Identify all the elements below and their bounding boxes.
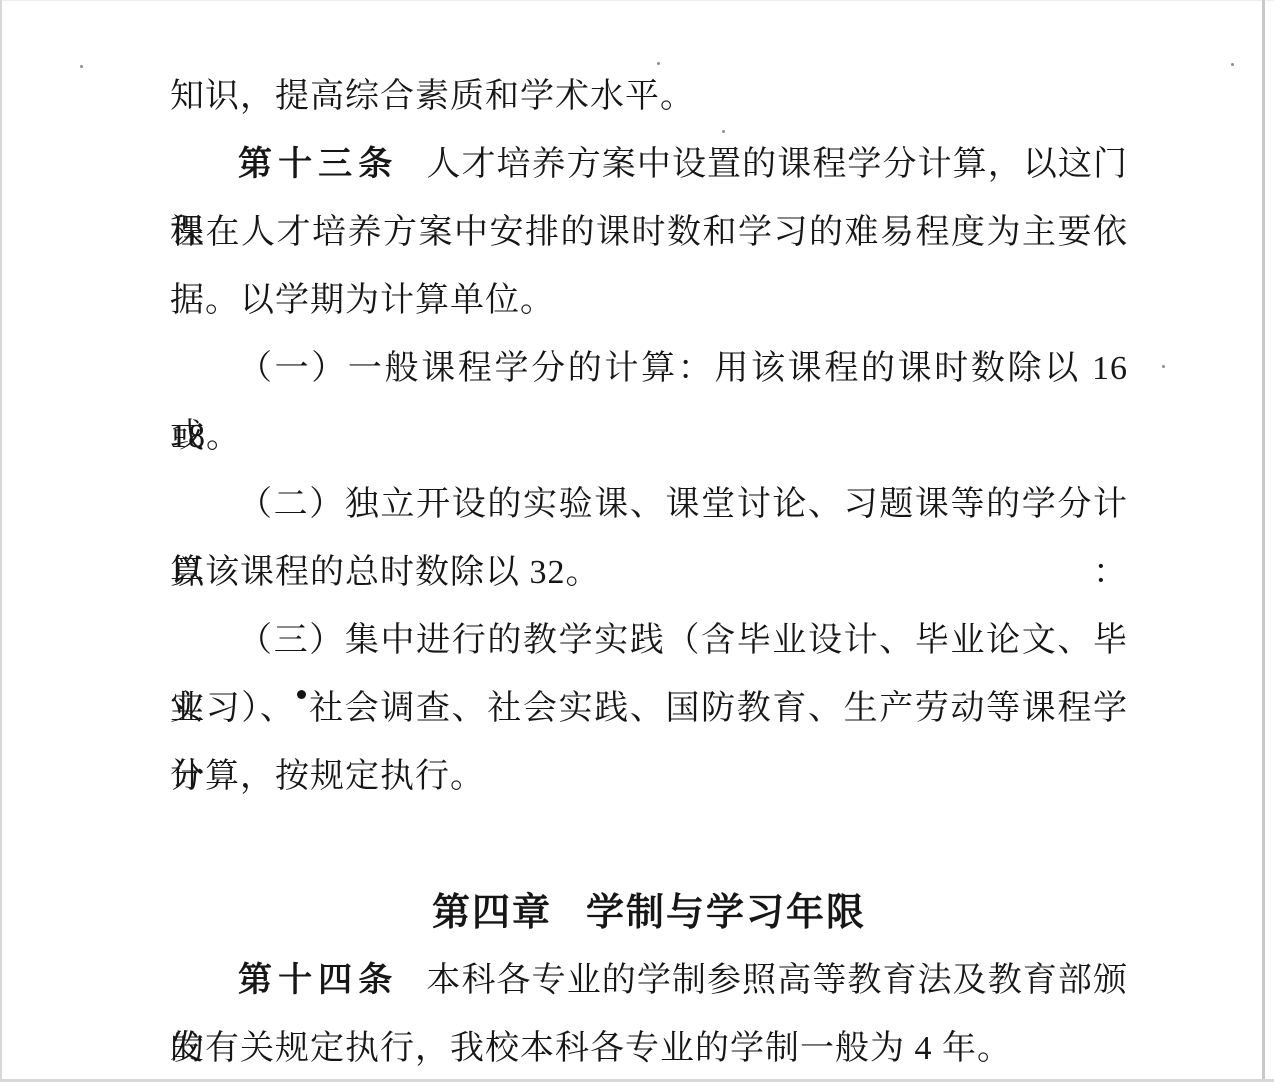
scanned-document-page: 知识，提高综合素质和学术水平。 第十三条人才培养方案中设置的课程学分计算，以这门…	[0, 0, 1274, 1082]
scan-edge-top	[0, 0, 1274, 1]
chapter-title: 学制与学习年限	[586, 892, 866, 934]
text-line: 18。	[170, 403, 1128, 471]
scan-speck	[80, 65, 83, 68]
text-line: 知识，提高综合素质和学术水平。	[170, 63, 1128, 131]
line-text: 的有关规定执行，我校本科各专业的学制一般为 4 年。	[170, 1030, 1012, 1067]
text-line: 据。以学期为计算单位。	[170, 267, 1128, 335]
line-text: 以该课程的总时数除以 32。	[170, 554, 601, 591]
line-text: 18。	[170, 418, 241, 455]
text-line-item-3: （三）集中进行的教学实践（含毕业设计、毕业论文、毕业	[170, 607, 1128, 675]
text-line: 程在人才培养方案中安排的课时数和学习的难易程度为主要依	[170, 199, 1128, 267]
document-text-block: 知识，提高综合素质和学术水平。 第十三条人才培养方案中设置的课程学分计算，以这门…	[170, 63, 1128, 1082]
scan-speck	[1162, 365, 1165, 368]
ink-blot-dot	[297, 690, 306, 699]
line-text: 程在人才培养方案中安排的课时数和学习的难易程度为主要依	[170, 214, 1128, 251]
chapter-heading: 第四章学制与学习年限	[170, 879, 1128, 947]
scan-speck	[1231, 63, 1234, 66]
text-line-article-14: 第十四条本科各专业的学制参照高等教育法及教育部颁发	[170, 947, 1128, 1015]
article-number: 第十三条	[238, 146, 398, 183]
line-text: 知识，提高综合素质和学术水平。	[170, 78, 695, 115]
scan-edge-left	[0, 0, 2, 1082]
text-line-article-13: 第十三条人才培养方案中设置的课程学分计算，以这门课	[170, 131, 1128, 199]
scan-edge-right	[1262, 0, 1265, 1082]
article-number: 第十四条	[238, 962, 398, 999]
text-line: 的有关规定执行，我校本科各专业的学制一般为 4 年。	[170, 1015, 1128, 1082]
text-line: 实习）、社会调查、社会实践、国防教育、生产劳动等课程学分	[170, 675, 1128, 743]
blank-line	[170, 811, 1128, 879]
chapter-number: 第四章	[432, 892, 552, 934]
line-text: 据。以学期为计算单位。	[170, 282, 555, 319]
line-text: 计算，按规定执行。	[170, 758, 485, 795]
line-text: 实习）、	[170, 690, 296, 727]
text-line-item-1: （一）一般课程学分的计算：用该课程的课时数除以 16 或	[170, 335, 1128, 403]
text-line-item-2: （二）独立开设的实验课、课堂讨论、习题课等的学分计算：	[170, 471, 1128, 539]
text-line: 计算，按规定执行。	[170, 743, 1128, 811]
